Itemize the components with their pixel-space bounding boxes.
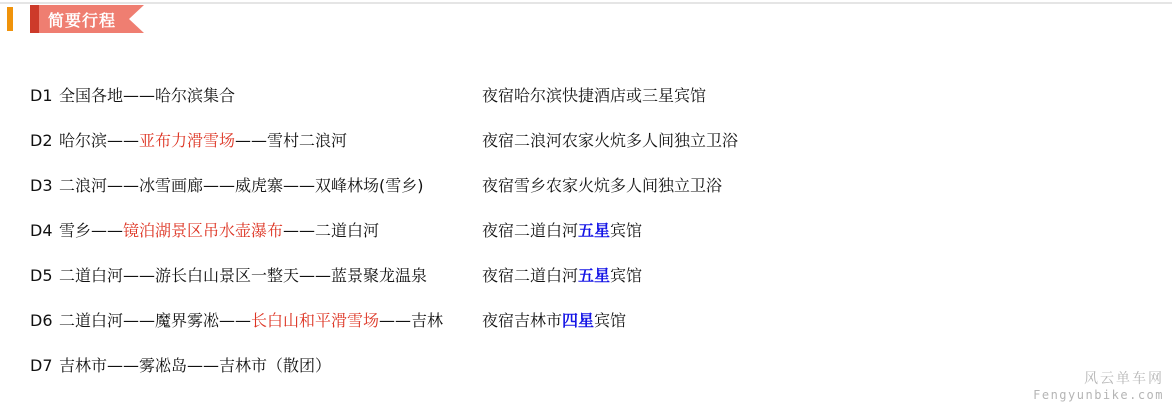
stay-segment: 夜宿雪乡农家火炕多人间独立卫浴 (482, 176, 722, 195)
itinerary-row: D1全国各地——哈尔滨集合夜宿哈尔滨快捷酒店或三星宾馆 (30, 86, 1172, 131)
route-segment: 哈尔滨—— (59, 131, 139, 150)
route-segment: 二道白河——游长白山景区一整天——蓝景聚龙温泉 (59, 266, 427, 285)
day-label: D3 (30, 176, 59, 196)
stay-segment: 宾馆 (610, 266, 642, 285)
route-text: 哈尔滨——亚布力滑雪场——雪村二浪河 (59, 131, 347, 150)
route-segment: ——吉林 (379, 311, 443, 330)
stay-text: 夜宿雪乡农家火炕多人间独立卫浴 (482, 176, 722, 196)
route-segment: 全国各地——哈尔滨集合 (59, 86, 235, 105)
stay-segment: 五星 (578, 266, 610, 285)
stay-segment: 夜宿二道白河 (482, 221, 578, 240)
route-segment: 二浪河——冰雪画廊——威虎寨——双峰林场(雪乡) (59, 176, 424, 195)
itinerary-row: D2哈尔滨——亚布力滑雪场——雪村二浪河夜宿二浪河农家火炕多人间独立卫浴 (30, 131, 1172, 176)
stay-text: 夜宿吉林市四星宾馆 (482, 311, 626, 331)
stay-text: 夜宿二道白河五星宾馆 (482, 266, 642, 286)
itinerary-row: D7吉林市——雾凇岛——吉林市（散团） (30, 356, 1172, 401)
route-segment: 长白山和平滑雪场 (251, 311, 379, 330)
section-title: 简要行程 (48, 8, 116, 31)
stay-segment: 宾馆 (594, 311, 626, 330)
route-segment: ——雪村二浪河 (235, 131, 347, 150)
stay-segment: 夜宿二道白河 (482, 266, 578, 285)
stay-segment: 宾馆 (610, 221, 642, 240)
day-label: D1 (30, 86, 59, 106)
stay-text: 夜宿二道白河五星宾馆 (482, 221, 642, 241)
stay-text: 夜宿哈尔滨快捷酒店或三星宾馆 (482, 86, 706, 106)
route-text: 吉林市——雾凇岛——吉林市（散团） (59, 356, 331, 375)
route-segment: 吉林市——雾凇岛——吉林市（散团） (59, 356, 331, 375)
stay-text: 夜宿二浪河农家火炕多人间独立卫浴 (482, 131, 738, 151)
route-segment: ——二道白河 (283, 221, 379, 240)
route-segment: 亚布力滑雪场 (139, 131, 235, 150)
route-text: 二道白河——魔界雾凇——长白山和平滑雪场——吉林 (59, 311, 443, 330)
route-text: 二道白河——游长白山景区一整天——蓝景聚龙温泉 (59, 266, 427, 285)
itinerary-row: D3二浪河——冰雪画廊——威虎寨——双峰林场(雪乡)夜宿雪乡农家火炕多人间独立卫… (30, 176, 1172, 221)
route-segment: 镜泊湖景区吊水壶瀑布 (123, 221, 283, 240)
day-label: D6 (30, 311, 59, 331)
stay-segment: 夜宿吉林市 (482, 311, 562, 330)
watermark-site-url: Fengyunbike.com (1033, 388, 1164, 402)
itinerary-row: D6二道白河——魔界雾凇——长白山和平滑雪场——吉林夜宿吉林市四星宾馆 (30, 311, 1172, 356)
stay-segment: 夜宿二浪河农家火炕多人间独立卫浴 (482, 131, 738, 150)
section-ribbon: 简要行程 (30, 5, 144, 33)
day-label: D7 (30, 356, 59, 376)
route-text: 二浪河——冰雪画廊——威虎寨——双峰林场(雪乡) (59, 176, 424, 195)
route-segment: 雪乡—— (59, 221, 123, 240)
route-segment: 二道白河——魔界雾凇—— (59, 311, 251, 330)
watermark: 风云单车网 Fengyunbike.com (1033, 371, 1164, 402)
stay-segment: 夜宿哈尔滨快捷酒店或三星宾馆 (482, 86, 706, 105)
top-divider-line (0, 2, 1172, 4)
stay-segment: 五星 (578, 221, 610, 240)
day-label: D4 (30, 221, 59, 241)
itinerary-row: D4雪乡——镜泊湖景区吊水壶瀑布——二道白河夜宿二道白河五星宾馆 (30, 221, 1172, 266)
itinerary-list: D1全国各地——哈尔滨集合夜宿哈尔滨快捷酒店或三星宾馆D2哈尔滨——亚布力滑雪场… (30, 86, 1172, 401)
stay-segment: 四星 (562, 311, 594, 330)
route-text: 雪乡——镜泊湖景区吊水壶瀑布——二道白河 (59, 221, 379, 240)
itinerary-row: D5二道白河——游长白山景区一整天——蓝景聚龙温泉夜宿二道白河五星宾馆 (30, 266, 1172, 311)
route-text: 全国各地——哈尔滨集合 (59, 86, 235, 105)
day-label: D2 (30, 131, 59, 151)
ribbon-fold (30, 5, 39, 33)
accent-bar (7, 7, 13, 31)
watermark-site-name: 风云单车网 (1033, 371, 1164, 388)
day-label: D5 (30, 266, 59, 286)
